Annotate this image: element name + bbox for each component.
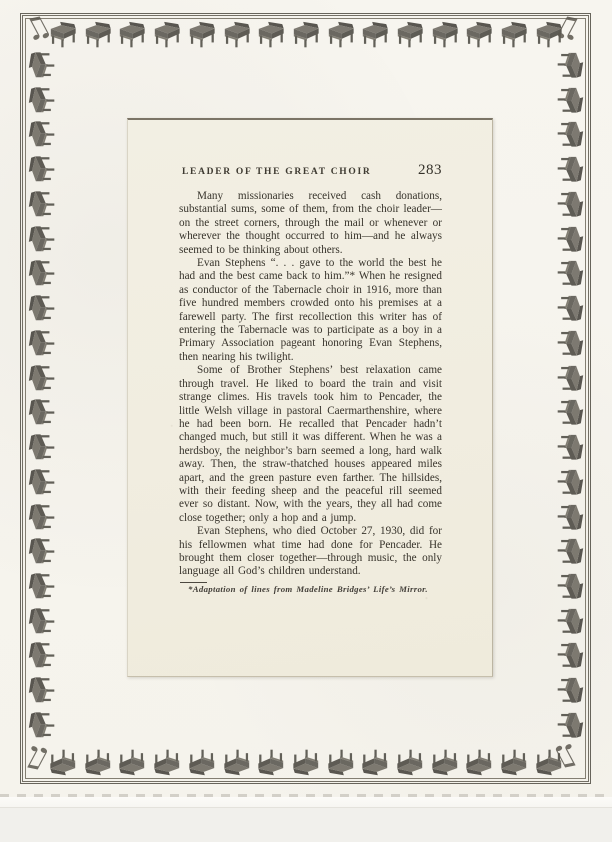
grand-piano-icon xyxy=(326,19,356,49)
grand-piano-icon xyxy=(26,119,56,149)
footnote-rule xyxy=(180,582,207,583)
grand-piano-icon xyxy=(26,397,56,427)
grand-piano-icon xyxy=(222,748,252,778)
grand-piano-icon xyxy=(556,675,586,705)
body-text: Many missionaries received cash donation… xyxy=(179,190,442,579)
grand-piano-icon xyxy=(556,85,586,115)
grand-piano-icon xyxy=(26,363,56,393)
grand-piano-icon xyxy=(556,119,586,149)
grand-piano-icon xyxy=(556,467,586,497)
border-top-pianos xyxy=(48,19,564,49)
grand-piano-icon xyxy=(395,19,425,49)
grand-piano-icon xyxy=(26,189,56,219)
grand-piano-icon xyxy=(117,748,147,778)
grand-piano-icon xyxy=(556,536,586,566)
running-header: LEADER OF THE GREAT CHOIR 283 xyxy=(179,162,442,179)
grand-piano-icon xyxy=(499,19,529,49)
grand-piano-icon xyxy=(26,328,56,358)
grand-piano-icon xyxy=(326,748,356,778)
grand-piano-icon xyxy=(83,19,113,49)
paragraph: Evan Stephens “. . . gave to the world t… xyxy=(179,257,442,364)
grand-piano-icon xyxy=(26,467,56,497)
grand-piano-icon xyxy=(26,154,56,184)
grand-piano-icon xyxy=(26,640,56,670)
grand-piano-icon xyxy=(83,748,113,778)
grand-piano-icon xyxy=(291,19,321,49)
grand-piano-icon xyxy=(360,19,390,49)
grand-piano-icon xyxy=(556,328,586,358)
grand-piano-icon xyxy=(26,258,56,288)
grand-piano-icon xyxy=(556,258,586,288)
grand-piano-icon xyxy=(26,571,56,601)
paragraph: Evan Stephens, who died October 27, 1930… xyxy=(179,525,442,579)
border-right-pianos xyxy=(556,50,586,740)
grand-piano-icon xyxy=(556,571,586,601)
grand-piano-icon xyxy=(117,19,147,49)
grand-piano-icon xyxy=(256,748,286,778)
scanned-album-sheet: ♫ ♫ ♫ ♫ LEADER OF THE GREAT CHOIR 283 Ma… xyxy=(0,0,612,842)
grand-piano-icon xyxy=(556,293,586,323)
grand-piano-icon xyxy=(499,748,529,778)
grand-piano-icon xyxy=(556,606,586,636)
sheet-protector-edge xyxy=(0,807,612,842)
grand-piano-icon xyxy=(556,224,586,254)
grand-piano-icon xyxy=(26,224,56,254)
grand-piano-icon xyxy=(152,748,182,778)
grand-piano-icon xyxy=(187,748,217,778)
paragraph: Many missionaries received cash donation… xyxy=(179,190,442,257)
grand-piano-icon xyxy=(291,748,321,778)
grand-piano-icon xyxy=(464,748,494,778)
grand-piano-icon xyxy=(464,19,494,49)
grand-piano-icon xyxy=(430,748,460,778)
grand-piano-icon xyxy=(556,640,586,670)
grand-piano-icon xyxy=(26,536,56,566)
grand-piano-icon xyxy=(556,154,586,184)
page-number: 283 xyxy=(418,162,442,179)
grand-piano-icon xyxy=(556,432,586,462)
grand-piano-icon xyxy=(556,397,586,427)
grand-piano-icon xyxy=(26,50,56,80)
grand-piano-icon xyxy=(556,189,586,219)
border-left-pianos xyxy=(26,50,56,740)
sheet-protector-highlight xyxy=(0,797,612,807)
grand-piano-icon xyxy=(556,502,586,532)
grand-piano-icon xyxy=(360,748,390,778)
grand-piano-icon xyxy=(26,293,56,323)
grand-piano-icon xyxy=(26,606,56,636)
grand-piano-icon xyxy=(395,748,425,778)
border-bottom-pianos xyxy=(48,748,564,778)
grand-piano-icon xyxy=(187,19,217,49)
grand-piano-icon xyxy=(430,19,460,49)
grand-piano-icon xyxy=(26,432,56,462)
grand-piano-icon xyxy=(256,19,286,49)
paragraph: Some of Brother Stephens’ best relaxatio… xyxy=(179,364,442,525)
grand-piano-icon xyxy=(222,19,252,49)
book-page: LEADER OF THE GREAT CHOIR 283 Many missi… xyxy=(127,118,493,677)
running-header-title: LEADER OF THE GREAT CHOIR xyxy=(179,167,371,177)
grand-piano-icon xyxy=(26,85,56,115)
footnote: *Adaptation of lines from Madeline Bridg… xyxy=(179,584,442,594)
grand-piano-icon xyxy=(556,363,586,393)
grand-piano-icon xyxy=(26,675,56,705)
grand-piano-icon xyxy=(26,502,56,532)
grand-piano-icon xyxy=(556,50,586,80)
grand-piano-icon xyxy=(152,19,182,49)
